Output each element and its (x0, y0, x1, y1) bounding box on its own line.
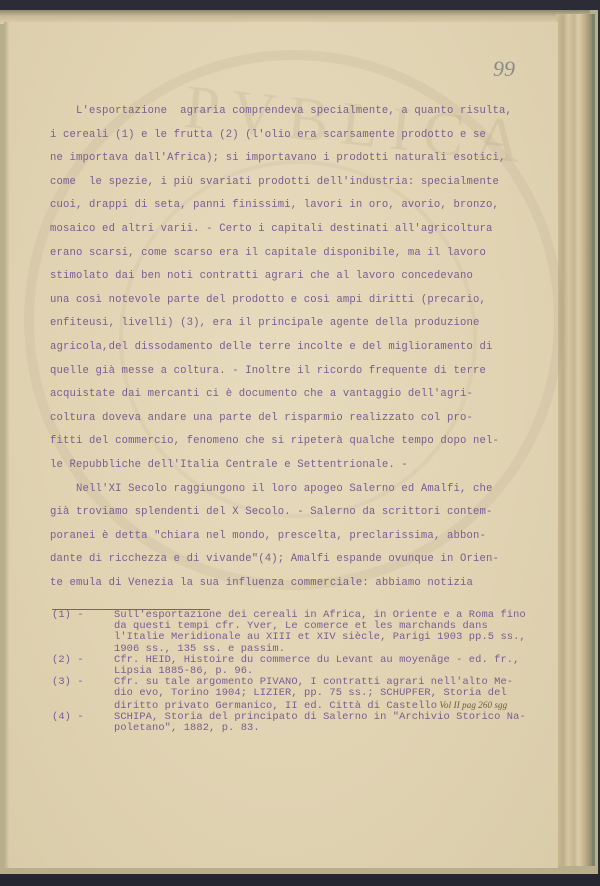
body-line: una così notevole parte del prodotto e c… (50, 289, 550, 313)
body-line: erano scarsi, come scarso era il capital… (50, 242, 550, 266)
page-gutter (4, 22, 9, 868)
body-line: i cereali (1) e le frutta (2) (l'olio er… (50, 124, 550, 148)
footnote-line: dio evo, Torino 1904; LIZIER, pp. 75 ss.… (114, 688, 552, 699)
scanner-background-bottom (0, 874, 600, 886)
footnote-mark: (1) - (52, 610, 114, 655)
body-text: L'esportazione agraria comprendeva speci… (50, 100, 550, 595)
body-line: stimolato dai ben noti contratti agrari … (50, 265, 550, 289)
page-stack-edge (556, 14, 595, 866)
handwritten-note: Vol II pag 260 sgg (437, 700, 507, 710)
footnote: (1) -Sull'esportazione dei cereali in Af… (52, 610, 552, 655)
body-line: dante di ricchezza e di vivande"(4); Ama… (50, 548, 550, 572)
body-line: te emula di Venezia la sua influenza com… (50, 572, 550, 596)
body-line: agricola,del dissodamento delle terre in… (50, 336, 550, 360)
footnote: (4) -SCHIPA, Storia del principato di Sa… (52, 712, 552, 734)
page-number: 99 (493, 56, 515, 82)
body-line: come le spezie, i più svariati prodotti … (50, 171, 550, 195)
body-line: poranei è detta "chiara nel mondo, presc… (50, 525, 550, 549)
body-line: fitti del commercio, fenomeno che si rip… (50, 430, 550, 454)
footnote-mark: (4) - (52, 712, 114, 734)
body-line: L'esportazione agraria comprendeva speci… (50, 100, 550, 124)
body-line: ne importava dall'Africa); si importavan… (50, 147, 550, 171)
body-line: coltura doveva andare una parte del risp… (50, 407, 550, 431)
footnote-line: l'Italie Meridionale au XIII et XIV sièc… (114, 632, 552, 643)
footnote-mark: (3) - (52, 677, 114, 712)
body-line: le Repubbliche dell'Italia Centrale e Se… (50, 454, 550, 478)
body-line: già troviamo splendenti del X Secolo. - … (50, 501, 550, 525)
footnote-mark: (2) - (52, 655, 114, 677)
scanner-background-top (0, 0, 600, 10)
body-line: mosaico ed altri varii. - Certo i capita… (50, 218, 550, 242)
body-line: quelle già messe a coltura. - Inoltre il… (50, 360, 550, 384)
body-line: cuoi, drappi di seta, panni finissimi, l… (50, 194, 550, 218)
footnote-line: diritto privato Germanico, II ed. Città … (114, 700, 552, 712)
footnote: (3) -Cfr. su tale argomento PIVANO, I co… (52, 677, 552, 712)
footnote: (2) -Cfr. HEID, Histoire du commerce du … (52, 655, 552, 677)
footnotes: (1) -Sull'esportazione dei cereali in Af… (52, 610, 552, 734)
footnote-line: poletano", 1882, p. 83. (114, 723, 552, 734)
body-line: enfiteusi, livelli) (3), era il principa… (50, 312, 550, 336)
body-line: acquistate dai mercanti ci è documento c… (50, 383, 550, 407)
body-line: Nell'XI Secolo raggiungono il loro apoge… (50, 478, 550, 502)
